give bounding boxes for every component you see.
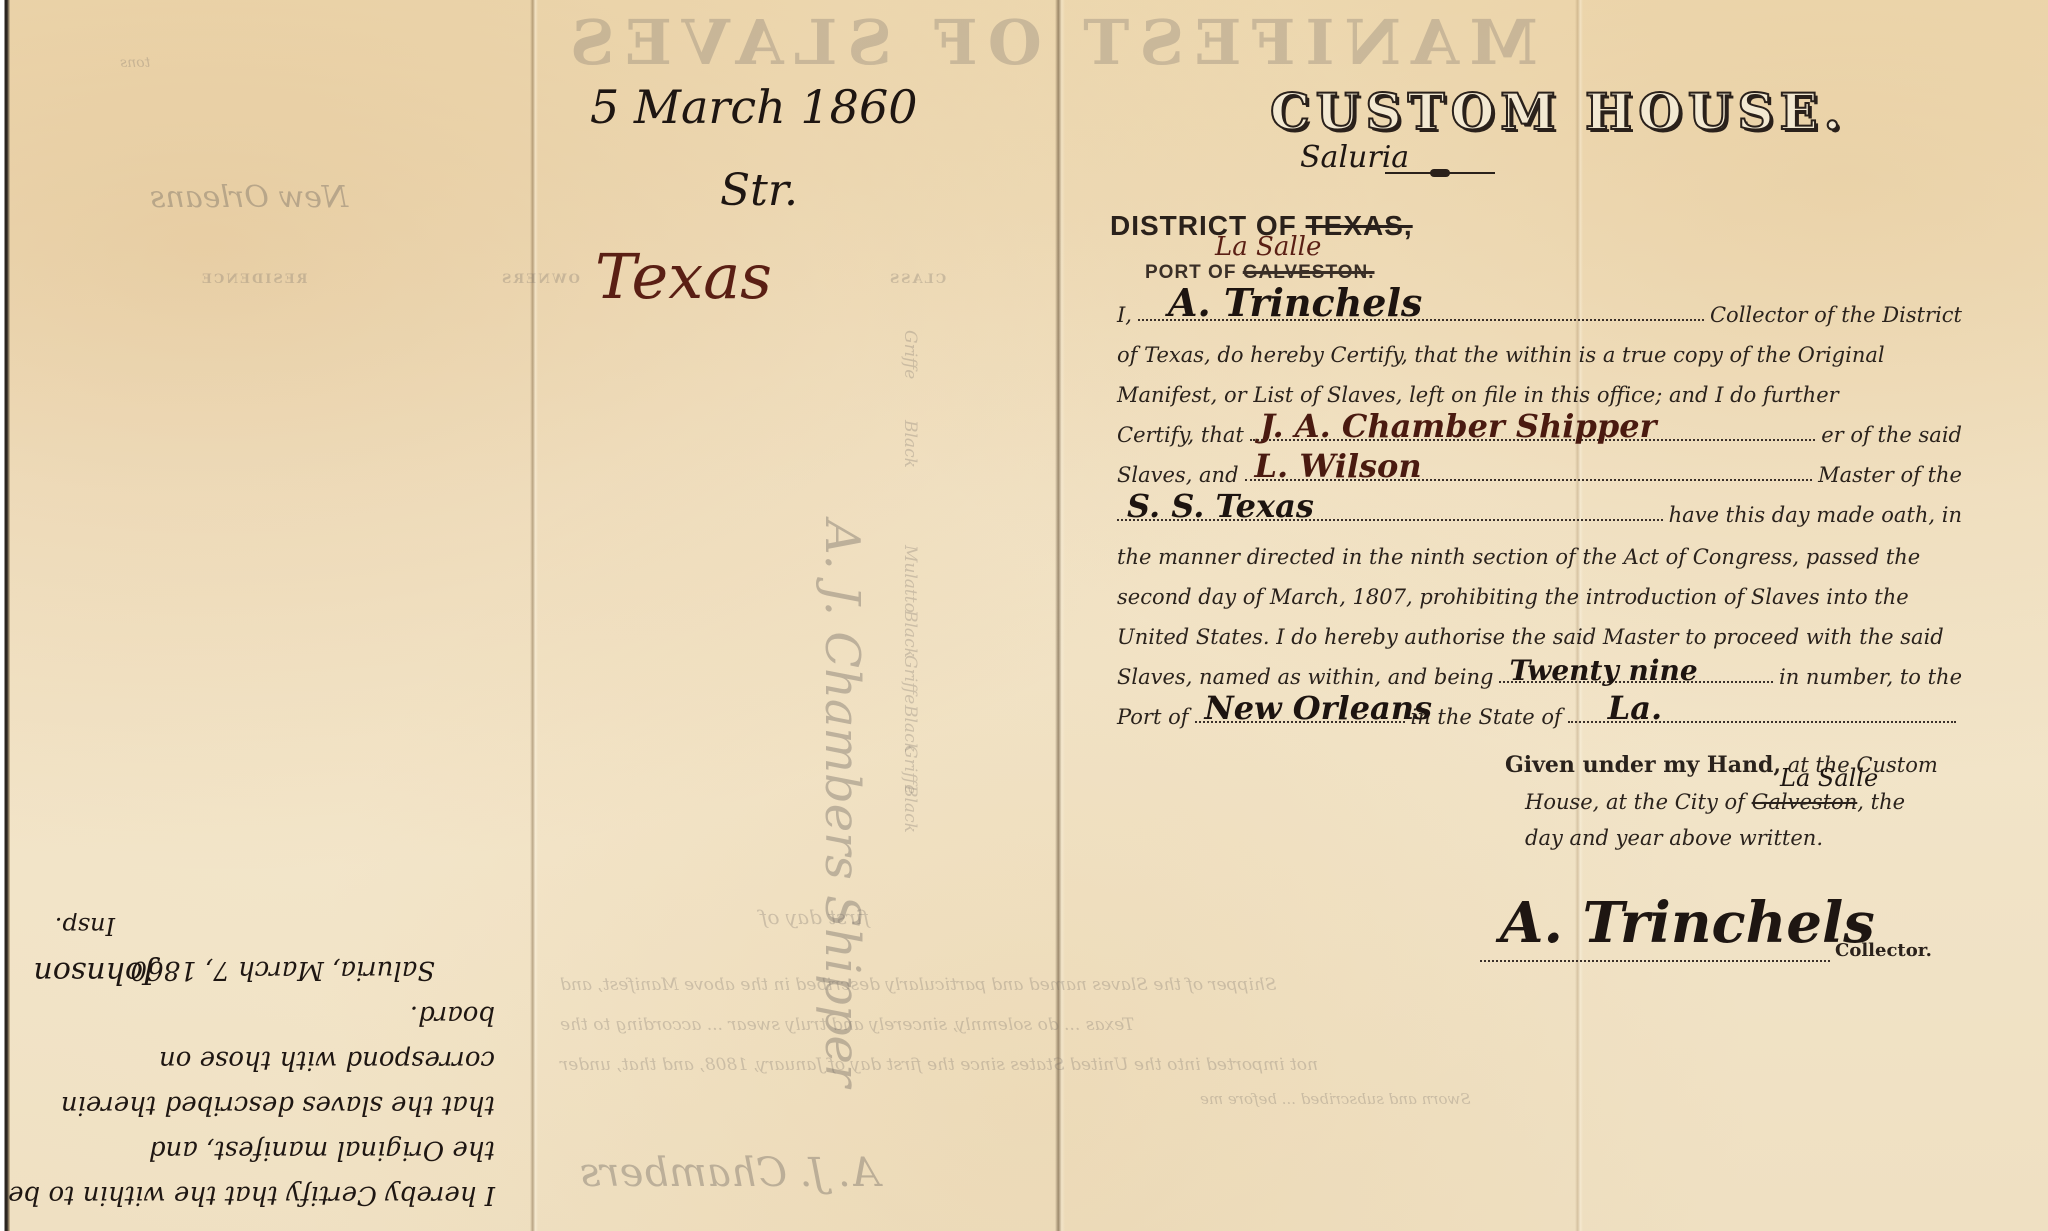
port-written: La Salle	[1215, 232, 1321, 262]
cert-line-6: S. S. Texas have this day made oath, in	[1117, 503, 1962, 527]
note-line: the Original manifest, and	[149, 1135, 495, 1165]
note-title: Insp.	[55, 912, 115, 940]
class-entry: Black	[900, 420, 920, 468]
cert-line-11: Port of New Orleans in the State of La.	[1117, 705, 1962, 729]
collector-signature: A. Trinchels	[1500, 890, 1875, 956]
bleed-through-signature: A. J. Chambers	[580, 1150, 880, 1196]
fold-line	[530, 0, 538, 1231]
collector-title: Collector.	[1835, 940, 1932, 961]
cert-line-2: of Texas, do hereby Certify, that the wi…	[1117, 343, 1962, 367]
fill-field-master: L. Wilson	[1245, 479, 1813, 481]
cert-line-3: Manifest, or List of Slaves, left on fil…	[1117, 383, 1962, 407]
cert-text: the manner directed in the ninth section…	[1117, 545, 1920, 569]
fold-line	[1575, 0, 1583, 1231]
bleed-through-handwriting: New Orleans	[150, 180, 348, 215]
note-line: correspond with those on	[159, 1045, 495, 1075]
signature-line	[1480, 960, 1830, 962]
cert-text: of Texas, do hereby Certify, that the wi…	[1117, 343, 1885, 367]
cert-text: in number, to the	[1779, 665, 1962, 689]
bleed-through-col-residence: RESIDENCE	[200, 272, 308, 287]
cert-line-7: the manner directed in the ninth section…	[1117, 545, 1962, 569]
city-struck: Galveston	[1752, 790, 1858, 814]
class-entry: Black	[900, 785, 920, 833]
cert-line-1: I, A. Trinchels Collector of the Distric…	[1117, 303, 1962, 327]
given-text: day and year above written.	[1525, 826, 1823, 850]
cert-line-10: Slaves, named as within, and being Twent…	[1117, 665, 1962, 689]
cert-text: Certify, that	[1117, 423, 1244, 447]
docket-vessel: Texas	[595, 240, 772, 313]
cert-text: Master of the	[1818, 463, 1962, 487]
class-entry: Black	[900, 610, 920, 658]
fill-field-port: New Orleans	[1195, 721, 1405, 723]
handwritten-port: New Orleans	[1205, 689, 1433, 727]
docket-date: 5 March 1860	[590, 80, 917, 134]
cert-text: Manifest, or List of Slaves, left on fil…	[1117, 383, 1839, 407]
given-under-hand: Given under my Hand, at the Custom House…	[1505, 752, 1938, 850]
handwritten-vessel: S. S. Texas	[1127, 487, 1314, 525]
bleed-through-line: Sworn and subscribed ... before me	[1200, 1090, 1471, 1108]
fill-field-state: La.	[1568, 721, 1956, 723]
docket-vessel-prefix: Str.	[720, 165, 798, 216]
class-entry: Griffe	[900, 655, 920, 704]
note-line: that the slaves described therein	[61, 1090, 495, 1120]
bleed-through-heading: MANIFEST OF SLAVES	[560, 6, 1538, 79]
cert-line-9: United States. I do hereby authorise the…	[1117, 625, 1962, 649]
certificate-title: CUSTOM HOUSE.	[1270, 82, 1847, 141]
cert-text: Port of	[1117, 705, 1189, 729]
cert-text: have this day made oath, in	[1669, 503, 1962, 527]
given-text: House, at the City of	[1525, 790, 1745, 814]
cert-text: in the State of	[1411, 705, 1562, 729]
bleed-through-tons: tons	[120, 55, 150, 71]
bleed-through-line: Shipper of the Slaves named and particul…	[560, 975, 1276, 995]
given-gothic: Given under my Hand,	[1505, 752, 1781, 778]
fill-field-vessel: S. S. Texas	[1117, 519, 1663, 521]
district-struck: TEXAS,	[1306, 210, 1413, 241]
inverted-inspector-note: I hereby Certify that the within to be a…	[15, 800, 515, 1220]
cert-text: United States. I do hereby authorise the…	[1117, 625, 1944, 649]
given-text: , the	[1857, 790, 1905, 814]
bleed-through-col-class: CLASS	[888, 272, 946, 287]
scan-edge	[0, 0, 10, 1231]
class-entry: Mulatto	[900, 545, 920, 613]
fill-field-collector: A. Trinchels	[1138, 319, 1704, 321]
cert-text: Collector of the District	[1710, 303, 1962, 327]
handwritten-shipper: J. A. Chamber Shipper	[1260, 407, 1657, 445]
cert-line-4: Certify, that J. A. Chamber Shipper er o…	[1117, 423, 1962, 447]
cert-text: er of the said	[1821, 423, 1962, 447]
fold-line	[1055, 0, 1065, 1231]
handwritten-collector-name: A. Trinchels	[1168, 280, 1422, 325]
note-place-date: Saluria, March 7, 1860	[130, 955, 435, 985]
fill-field-count: Twenty nine	[1499, 681, 1773, 683]
cert-text: I,	[1117, 303, 1132, 327]
cert-text: second day of March, 1807, prohibiting t…	[1117, 585, 1909, 609]
class-entry: Griffe	[900, 330, 920, 379]
cert-text: Slaves, named as within, and being	[1117, 665, 1493, 689]
handwritten-state: La.	[1608, 689, 1662, 727]
bleed-through-shipper: A. J. Chambers Shipper	[814, 520, 870, 1087]
district-written: Saluria	[1300, 140, 1409, 175]
handwritten-count: Twenty nine	[1509, 654, 1697, 687]
note-line: I hereby Certify that the within to be a…	[0, 1180, 495, 1210]
bleed-through-line: not imported into the United States sinc…	[560, 1055, 1318, 1075]
note-line: board.	[410, 1000, 495, 1030]
city-written: La Salle	[1780, 764, 1878, 792]
fill-field-shipper: J. A. Chamber Shipper	[1250, 439, 1815, 441]
document-sheet: MANIFEST OF SLAVES RESIDENCE OWNERS CLAS…	[0, 0, 2048, 1231]
cert-line-8: second day of March, 1807, prohibiting t…	[1117, 585, 1962, 609]
cert-text: Slaves, and	[1117, 463, 1239, 487]
handwritten-master: L. Wilson	[1255, 447, 1422, 485]
note-signature: Johnson	[33, 955, 155, 990]
cert-line-5: Slaves, and L. Wilson Master of the	[1117, 463, 1962, 487]
bleed-through-col-owners: OWNERS	[500, 272, 580, 287]
